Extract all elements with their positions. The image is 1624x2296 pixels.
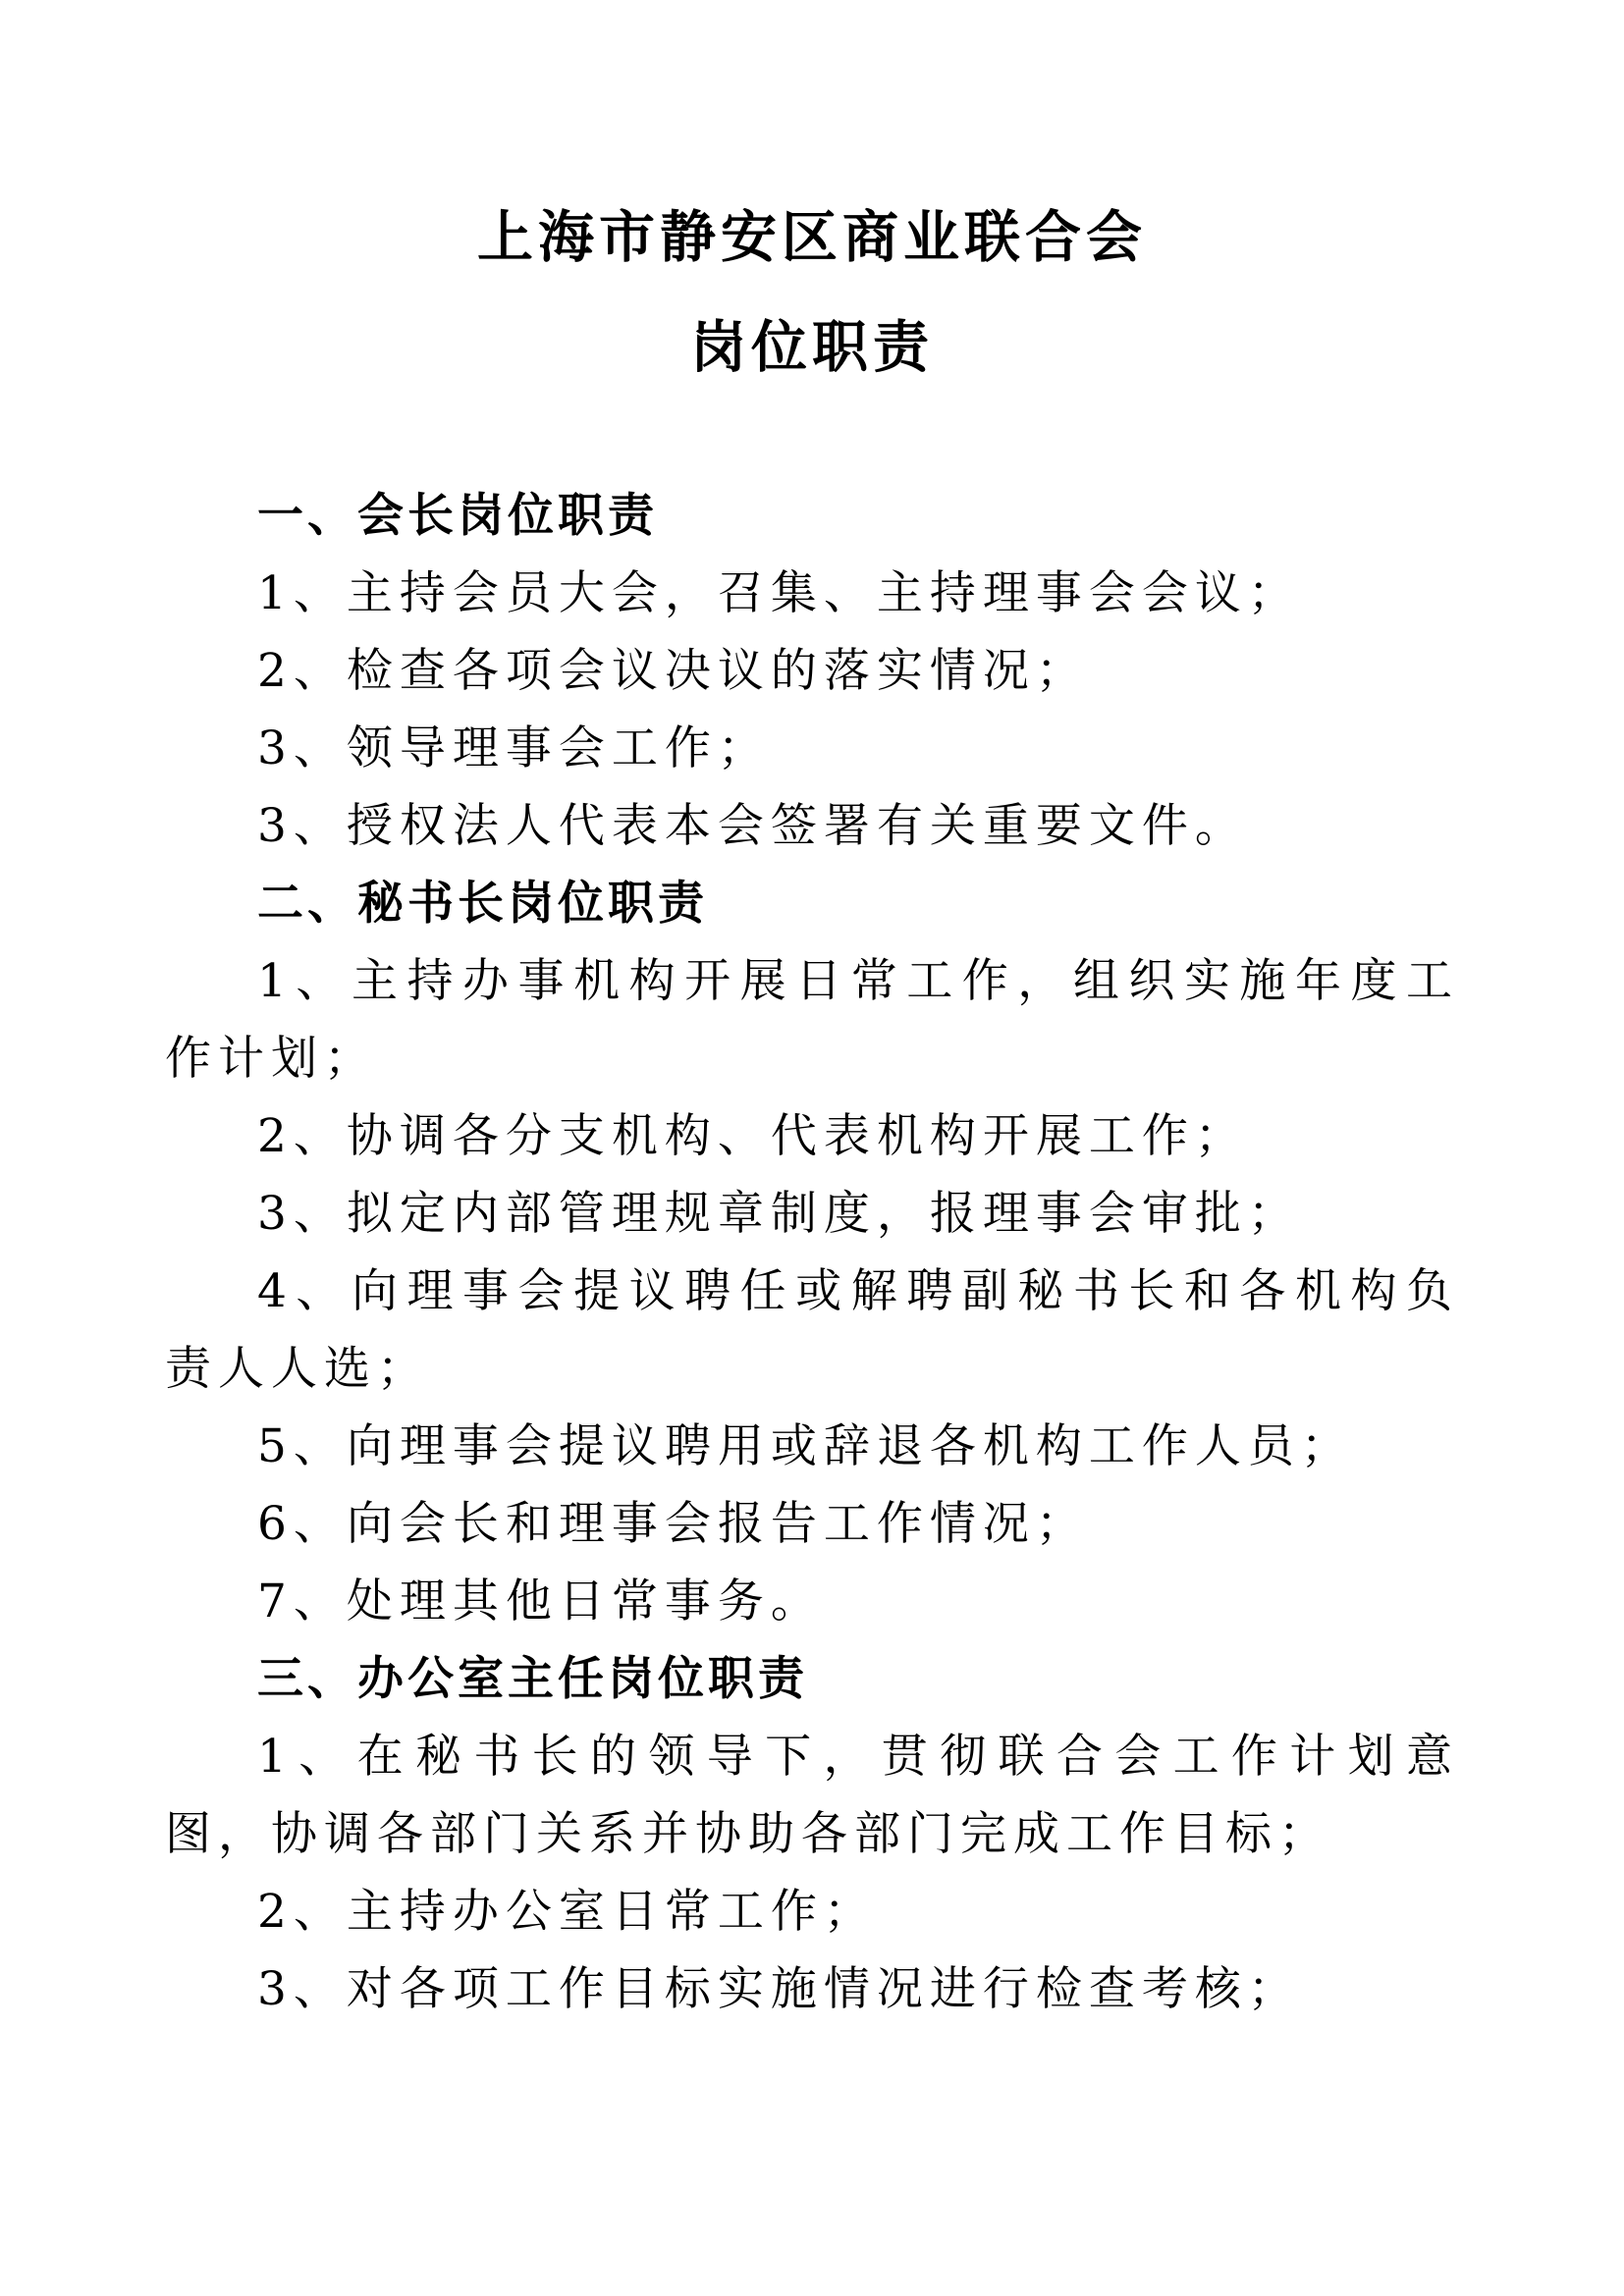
list-item: 7、处理其他日常事务。 bbox=[165, 1563, 1459, 1640]
list-item: 6、向会长和理事会报告工作情况； bbox=[165, 1485, 1459, 1563]
list-item: 2、协调各分支机构、代表机构开展工作； bbox=[165, 1097, 1459, 1175]
list-item: 5、向理事会提议聘用或辞退各机构工作人员； bbox=[165, 1408, 1459, 1485]
list-item: 3、授权法人代表本会签署有关重要文件。 bbox=[165, 787, 1459, 865]
document-page: 上海市静安区商业联合会 岗位职责 一、会长岗位职责 1、主持会员大会，召集、主持… bbox=[0, 0, 1624, 2296]
list-item: 1、在秘书长的领导下，贯彻联合会工作计划意图，协调各部门关系并协助各部门完成工作… bbox=[165, 1718, 1459, 1873]
list-item: 2、检查各项会议决议的落实情况； bbox=[165, 632, 1459, 710]
list-item: 1、主持办事机构开展日常工作，组织实施年度工作计划； bbox=[165, 942, 1459, 1097]
document-title: 上海市静安区商业联合会 bbox=[0, 183, 1624, 293]
list-item: 3、对各项工作目标实施情况进行检查考核； bbox=[165, 1950, 1459, 2028]
list-item: 1、主持会员大会，召集、主持理事会会议； bbox=[165, 555, 1459, 632]
document-body: 一、会长岗位职责 1、主持会员大会，召集、主持理事会会议； 2、检查各项会议决议… bbox=[0, 477, 1624, 2028]
document-subtitle: 岗位职责 bbox=[0, 293, 1624, 402]
list-item: 4、向理事会提议聘任或解聘副秘书长和各机构负责人人选； bbox=[165, 1253, 1459, 1408]
list-item: 3、拟定内部管理规章制度，报理事会审批； bbox=[165, 1175, 1459, 1253]
section-heading-chairman: 一、会长岗位职责 bbox=[165, 477, 1459, 555]
section-heading-secretary-general: 二、秘书长岗位职责 bbox=[165, 865, 1459, 942]
list-item: 2、主持办公室日常工作； bbox=[165, 1873, 1459, 1950]
list-item: 3、领导理事会工作； bbox=[165, 710, 1459, 787]
section-heading-office-director: 三、办公室主任岗位职责 bbox=[165, 1640, 1459, 1718]
